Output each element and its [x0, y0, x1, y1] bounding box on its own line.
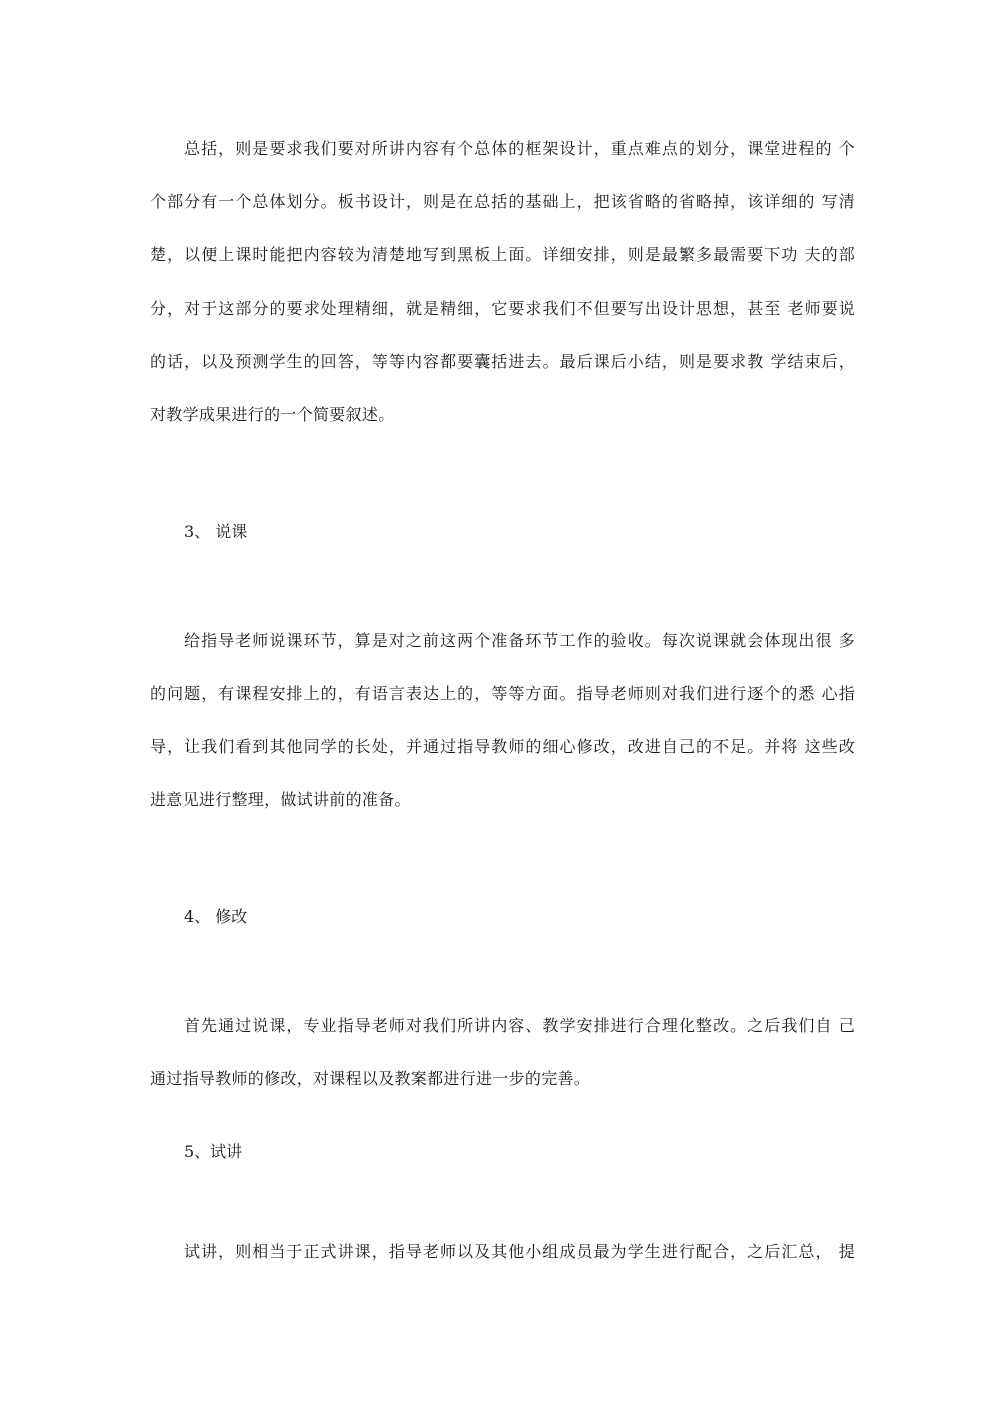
document-page: 总括，则是要求我们要对所讲内容有个总体的框架设计，重点难点的划分，课堂进程的 个… — [0, 0, 1000, 1415]
paragraph-line: 个部分有一个总体划分。板书设计，则是在总括的基础上，把该省略的省略掉，该详细的 … — [150, 192, 855, 212]
paragraph-line: 楚，以便上课时能把内容较为清楚地写到黑板上面。详细安排，则是最繁多最需要下功 夫… — [150, 245, 855, 265]
paragraph-line: 的问题，有课程安排上的，有语言表达上的，等等方面。指导老师则对我们进行逐个的悉 … — [150, 684, 855, 704]
paragraph-line: 首先通过说课，专业指导老师对我们所讲内容、教学安排进行合理化整改。之后我们自 己 — [184, 1016, 855, 1036]
paragraph-line: 给指导老师说课环节，算是对之前这两个准备环节工作的验收。每次说课就会体现出很 多 — [184, 631, 855, 651]
section-heading-3: 3、 说课 — [184, 522, 247, 542]
paragraph-line: 总括，则是要求我们要对所讲内容有个总体的框架设计，重点难点的划分，课堂进程的 个 — [184, 139, 855, 159]
paragraph-line: 的话，以及预测学生的回答，等等内容都要囊括进去。最后课后小结，则是要求教 学结束… — [150, 352, 855, 372]
paragraph-line: 试讲，则相当于正式讲课，指导老师以及其他小组成员最为学生进行配合，之后汇总， 提 — [184, 1242, 855, 1262]
paragraph-line: 进意见进行整理，做试讲前的准备。 — [150, 790, 855, 810]
section-heading-5: 5、试讲 — [184, 1142, 242, 1162]
paragraph-line: 通过指导教师的修改，对课程以及教案都进行进一步的完善。 — [150, 1069, 855, 1089]
paragraph-line: 分，对于这部分的要求处理精细，就是精细，它要求我们不但要写出设计思想，甚至 老师… — [150, 299, 855, 319]
section-heading-4: 4、 修改 — [184, 907, 247, 927]
paragraph-line: 对教学成果进行的一个简要叙述。 — [150, 405, 855, 425]
paragraph-line: 导，让我们看到其他同学的长处，并通过指导教师的细心修改，改进自己的不足。并将 这… — [150, 737, 855, 757]
